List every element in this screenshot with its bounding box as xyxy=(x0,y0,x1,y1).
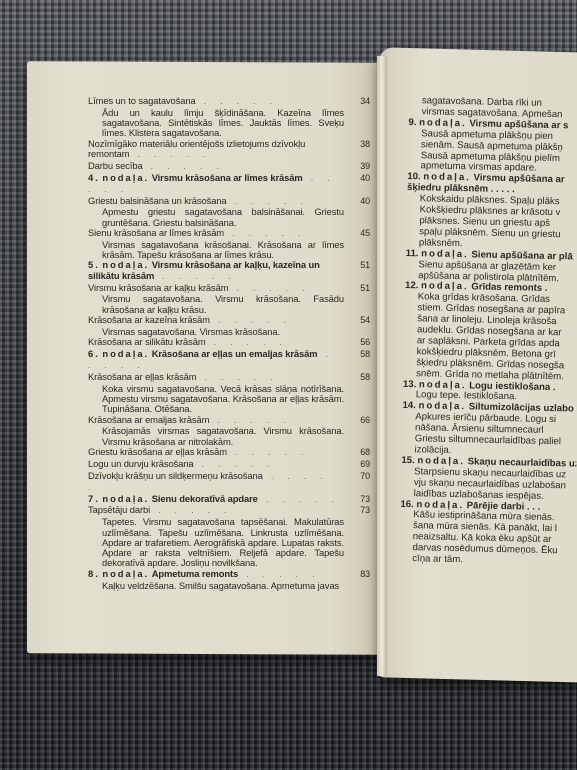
chapter-label: nodaļa. xyxy=(102,493,149,504)
chapter-label: nodaļa. xyxy=(102,172,149,183)
entry-description: Krāsojamās virsmas sagatavošana. Virsmu … xyxy=(88,426,370,447)
toc-entry-row: 7. nodaļa. Sienu dekoratīvā apdare . . .… xyxy=(88,494,370,505)
chapter-number: 12. xyxy=(405,280,419,291)
toc-entry: Krāsošana ar kazeīna krāsām . . . . .54V… xyxy=(88,315,370,337)
chapter-number: 11. xyxy=(406,248,419,259)
chapter-number: 13. xyxy=(403,379,417,390)
toc-chapter: 4. nodaļa. Virsmu krāsošana ar līmes krā… xyxy=(88,173,370,196)
entry-title: Sienu krāsošana ar līmes krāsām xyxy=(88,227,224,238)
page-number: 51 xyxy=(350,260,370,270)
leader-dots: . . . . . xyxy=(196,97,278,106)
chapter-number: 14. xyxy=(402,400,416,411)
page-number: 70 xyxy=(350,471,370,481)
toc-entry: Virsmu krāsošana ar kaļķu krāsām . . . .… xyxy=(88,283,370,315)
chapter-number: 7. xyxy=(88,493,100,504)
page-number: 58 xyxy=(350,349,370,359)
toc-entry-row: Sienu krāsošana ar līmes krāsām . . . . … xyxy=(88,228,370,239)
page-number: 68 xyxy=(350,447,370,457)
toc-entry-row: 8. nodaļa. Apmetuma remonts . . . . .83 xyxy=(88,569,370,580)
toc-entry: Griestu krāsošana ar eļļas krāsām . . . … xyxy=(88,447,370,458)
entry-title: Griestu balsināšana un krāsošana xyxy=(88,195,227,206)
entry-description: Ādu un kaulu līmju šķīdināšana. Kazeīna … xyxy=(88,108,370,139)
toc-entry-row: 5. nodaļa. Virsmu krāsošana ar kaļķu, ka… xyxy=(88,260,370,282)
toc-chapter: 6. nodaļa. Krāsošana ar eļļas un emaljas… xyxy=(88,349,370,372)
chapter-number: 4. xyxy=(88,172,100,183)
toc-entry: Griestu balsināšana un krāsošana . . . .… xyxy=(88,196,370,228)
chapter-number: 9. xyxy=(408,117,416,128)
table-of-contents-left: Līmes un to sagatavošana . . . . .34Ādu … xyxy=(88,96,370,591)
entry-title: Virsmu krāsošana ar kaļķu krāsām xyxy=(88,282,228,293)
line-text: izolācija. xyxy=(414,444,451,456)
page-number: 58 xyxy=(350,372,370,382)
page-number: 69 xyxy=(350,459,370,469)
entry-title: Līmes un to sagatavošana xyxy=(88,95,196,106)
leader-dots: . . . . . xyxy=(197,373,279,382)
toc-entry-row: Griestu balsināšana un krāsošana . . . .… xyxy=(88,196,370,207)
page-number: 39 xyxy=(350,161,370,171)
toc-entry-row: Krāsošana ar kazeīna krāsām . . . . .54 xyxy=(88,315,370,326)
leader-dots: . . . . . xyxy=(154,272,236,281)
entry-title: Darbu secība xyxy=(88,160,143,171)
entry-description: Koka virsmu sagatavošana. Vecā krāsas sl… xyxy=(88,384,370,415)
toc-entry: Tapsētāju darbi . . . . .73Tapetes. Virs… xyxy=(88,505,370,568)
entry-title: Virsmu krāsošana ar līmes krāsām xyxy=(152,172,303,183)
toc-entry: Krāsošana ar silikātu krāsām . . . . .56 xyxy=(88,337,370,348)
page-number: 38 xyxy=(350,139,370,149)
chapter-label: nodaļa. xyxy=(102,568,149,579)
page-number: 73 xyxy=(350,505,370,515)
leader-dots: . . . . . xyxy=(209,416,291,425)
toc-entry-row: Nozīmīgāko materiālu orientējošs izlieto… xyxy=(88,139,370,161)
page-number: 73 xyxy=(350,494,370,504)
entry-title: Krāsošana ar silikātu krāsām xyxy=(88,336,206,347)
toc-entry: Krāsošana ar eļļas krāsām . . . . .58Kok… xyxy=(88,372,370,415)
page-number: 83 xyxy=(350,569,370,579)
entry-title: Dzīvokļu krāšņu un sildķermeņu krāsošana xyxy=(88,470,263,481)
toc-entry-row: 6. nodaļa. Krāsošana ar eļļas un emaljas… xyxy=(88,349,370,372)
page-number: 54 xyxy=(350,315,370,325)
page-number: 51 xyxy=(350,283,370,293)
entry-title: Apmetuma remonts xyxy=(152,568,238,579)
toc-entry-row: Līmes un to sagatavošana . . . . .34 xyxy=(88,96,370,107)
chapter-number: 15. xyxy=(401,455,415,466)
toc-entry: Līmes un to sagatavošana . . . . .34Ādu … xyxy=(88,96,370,139)
entry-description: Virsmas sagatavošana krāsošanai. Krāsoša… xyxy=(88,240,370,261)
toc-entry-row: 4. nodaļa. Virsmu krāsošana ar līmes krā… xyxy=(88,173,370,196)
entry-title: Krāsošana ar eļļas krāsām xyxy=(88,371,197,382)
toc-entry-row: Krāsošana ar emaljas krāsām . . . . .66 xyxy=(88,415,370,426)
line-text: cīņa ar tām. xyxy=(412,553,463,565)
page-number: 40 xyxy=(350,196,370,206)
page-number: 56 xyxy=(350,337,370,347)
leader-dots: . . . . . xyxy=(194,460,276,469)
page-number: 45 xyxy=(350,228,370,238)
entry-title: Tapsētāju darbi xyxy=(88,504,150,515)
entry-description: Kaļķu veldzēšana. Smilšu sagatavošana. A… xyxy=(88,581,370,591)
toc-entry-row: Darbu secība . . . . .39 xyxy=(88,161,370,172)
entry-description: Virsmu sagatavošana. Virsmu krāsošana. F… xyxy=(88,294,370,315)
entry-description: Tapetes. Virsmu sagatavošana tapsēšanai.… xyxy=(88,517,370,568)
entry-description: Apmestu griestu sagatavošana balsināšana… xyxy=(88,207,370,228)
leader-dots: . . . . . xyxy=(150,506,232,515)
toc-entry: Krāsošana ar emaljas krāsām . . . . .66K… xyxy=(88,415,370,447)
toc-entry: Dzīvokļu krāšņu un sildķermeņu krāsošana… xyxy=(88,471,370,494)
leader-dots: . . . . . xyxy=(228,284,310,293)
chapter-number: 16. xyxy=(400,498,414,509)
entry-title: Krāsošana ar kazeīna krāsām xyxy=(88,314,210,325)
toc-chapter: 8. nodaļa. Apmetuma remonts . . . . .83K… xyxy=(88,569,370,591)
toc-chapter: 5. nodaļa. Virsmu krāsošana ar kaļķu, ka… xyxy=(88,260,370,282)
chapter-number: 10. xyxy=(407,171,421,182)
leader-dots: . . . . . xyxy=(258,495,340,504)
toc-entry-row: Krāsošana ar silikātu krāsām . . . . .56 xyxy=(88,337,370,348)
toc-entry-row: Virsmu krāsošana ar kaļķu krāsām . . . .… xyxy=(88,283,370,294)
leader-dots: . . . . . xyxy=(227,448,309,457)
toc-entry-row: Krāsošana ar eļļas krāsām . . . . .58 xyxy=(88,372,370,383)
leader-dots: . . . . . xyxy=(206,338,288,347)
chapter-number: 8. xyxy=(88,568,100,579)
entry-title: Krāsošana ar eļļas un emaljas krāsām xyxy=(152,348,318,359)
toc-entry-row: Dzīvokļu krāšņu un sildķermeņu krāsošana… xyxy=(88,471,370,494)
leader-dots: . . . . . xyxy=(238,570,320,579)
toc-chapter: 7. nodaļa. Sienu dekoratīvā apdare . . .… xyxy=(88,494,370,505)
toc-entry: Nozīmīgāko materiālu orientējošs izlieto… xyxy=(88,139,370,161)
chapter-number: 6. xyxy=(88,348,100,359)
table-of-contents-right: sagatavošana. Darba rīki unvirsmas sagat… xyxy=(399,96,577,569)
entry-title: Sienu dekoratīvā apdare xyxy=(152,493,258,504)
entry-title: Griestu krāsošana ar eļļas krāsām xyxy=(88,446,227,457)
toc-entry-row: Logu un durvju krāsošana . . . . .69 xyxy=(88,459,370,470)
chapter-label: nodaļa. xyxy=(102,348,149,359)
toc-entry: Darbu secība . . . . .39 xyxy=(88,161,370,172)
leader-dots: . . . . . xyxy=(210,316,292,325)
page-number: 34 xyxy=(350,96,370,106)
leader-dots: . . . . . xyxy=(143,162,225,171)
toc-entry: Sienu krāsošana ar līmes krāsām . . . . … xyxy=(88,228,370,260)
entry-title: Krāsošana ar emaljas krāsām xyxy=(88,414,209,425)
toc-entry-row: Griestu krāsošana ar eļļas krāsām . . . … xyxy=(88,447,370,458)
entry-title: Logu un durvju krāsošana xyxy=(88,458,194,469)
leader-dots: . . . . . xyxy=(224,229,306,238)
page-number: 66 xyxy=(350,415,370,425)
toc-entry: Logu un durvju krāsošana . . . . .69 xyxy=(88,459,370,470)
book-spine xyxy=(377,56,387,676)
toc-entry-row: Tapsētāju darbi . . . . .73 xyxy=(88,505,370,516)
leader-dots: . . . . . xyxy=(227,197,309,206)
page-number: 40 xyxy=(350,173,370,183)
leader-dots: . . . . . xyxy=(129,150,211,159)
